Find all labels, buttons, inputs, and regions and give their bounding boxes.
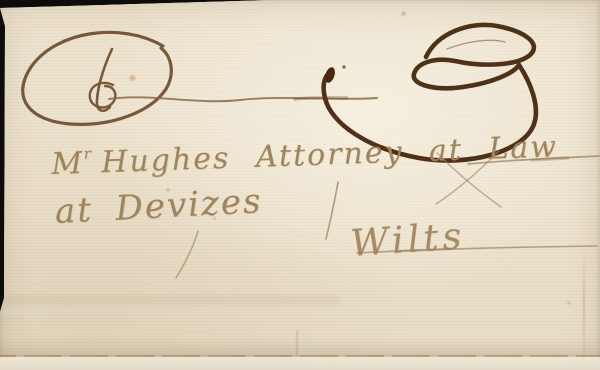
devizes-tail-stroke xyxy=(176,231,198,278)
rate-3-hairline xyxy=(447,40,505,49)
honorific-superscript: r xyxy=(83,145,91,163)
letter-photograph: To 3 MrHughes Attorney at Law at Devizes… xyxy=(0,0,600,370)
to-o-loop-stroke xyxy=(90,83,116,108)
attorney-y-descender xyxy=(326,182,338,239)
to-tail-thick-stroke xyxy=(295,98,347,99)
ink-overlay xyxy=(0,0,600,370)
letter-cover: To 3 MrHughes Attorney at Law at Devizes… xyxy=(0,0,600,370)
county-name: Wilts xyxy=(349,214,467,265)
to-oval-stroke xyxy=(23,32,172,124)
to-stem-stroke xyxy=(97,49,112,111)
rate-3-ink-dot xyxy=(342,65,345,68)
honorific: M xyxy=(51,146,85,182)
